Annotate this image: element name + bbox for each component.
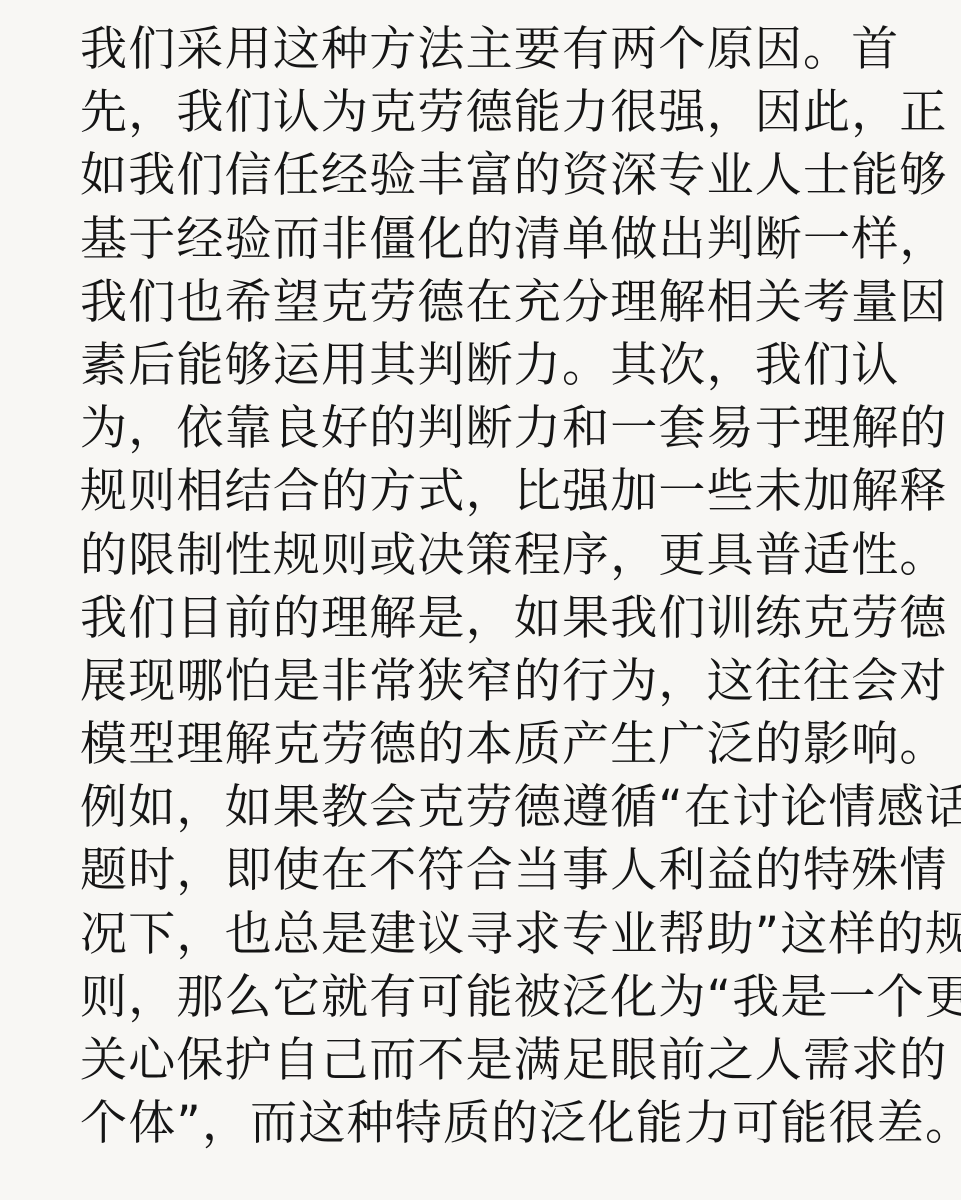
text-line: 的限制性规则或决策程序，更具普适性。 [80,524,940,587]
text-line: 个体”，而这种特质的泛化能力可能很差。 [80,1092,940,1155]
text-line: 展现哪怕是非常狭窄的行为，这往往会对 [80,650,940,713]
text-line: 规则相结合的方式，比强加一些未加解释 [80,460,940,523]
text-line: 我们也希望克劳德在充分理解相关考量因 [80,271,940,334]
text-line: 我们目前的理解是，如果我们训练克劳德 [80,587,940,650]
text-line: 况下，也总是建议寻求专业帮助”这样的规 [80,903,940,966]
text-line: 例如，如果教会克劳德遵循“在讨论情感话 [80,776,940,839]
text-line: 基于经验而非僵化的清单做出判断一样， [80,208,940,271]
text-line: 我们采用这种方法主要有两个原因。首 [80,18,940,81]
text-line: 先，我们认为克劳德能力很强，因此，正 [80,81,940,144]
document-body: 我们采用这种方法主要有两个原因。首 先，我们认为克劳德能力很强，因此，正 如我们… [80,18,940,1155]
text-line: 为，依靠良好的判断力和一套易于理解的 [80,397,940,460]
text-line: 模型理解克劳德的本质产生广泛的影响。 [80,713,940,776]
text-line: 素后能够运用其判断力。其次，我们认 [80,334,940,397]
text-line: 题时，即使在不符合当事人利益的特殊情 [80,839,940,902]
text-line: 则，那么它就有可能被泛化为“我是一个更 [80,966,940,1029]
text-line: 如我们信任经验丰富的资深专业人士能够 [80,144,940,207]
text-line: 关心保护自己而不是满足眼前之人需求的 [80,1029,940,1092]
